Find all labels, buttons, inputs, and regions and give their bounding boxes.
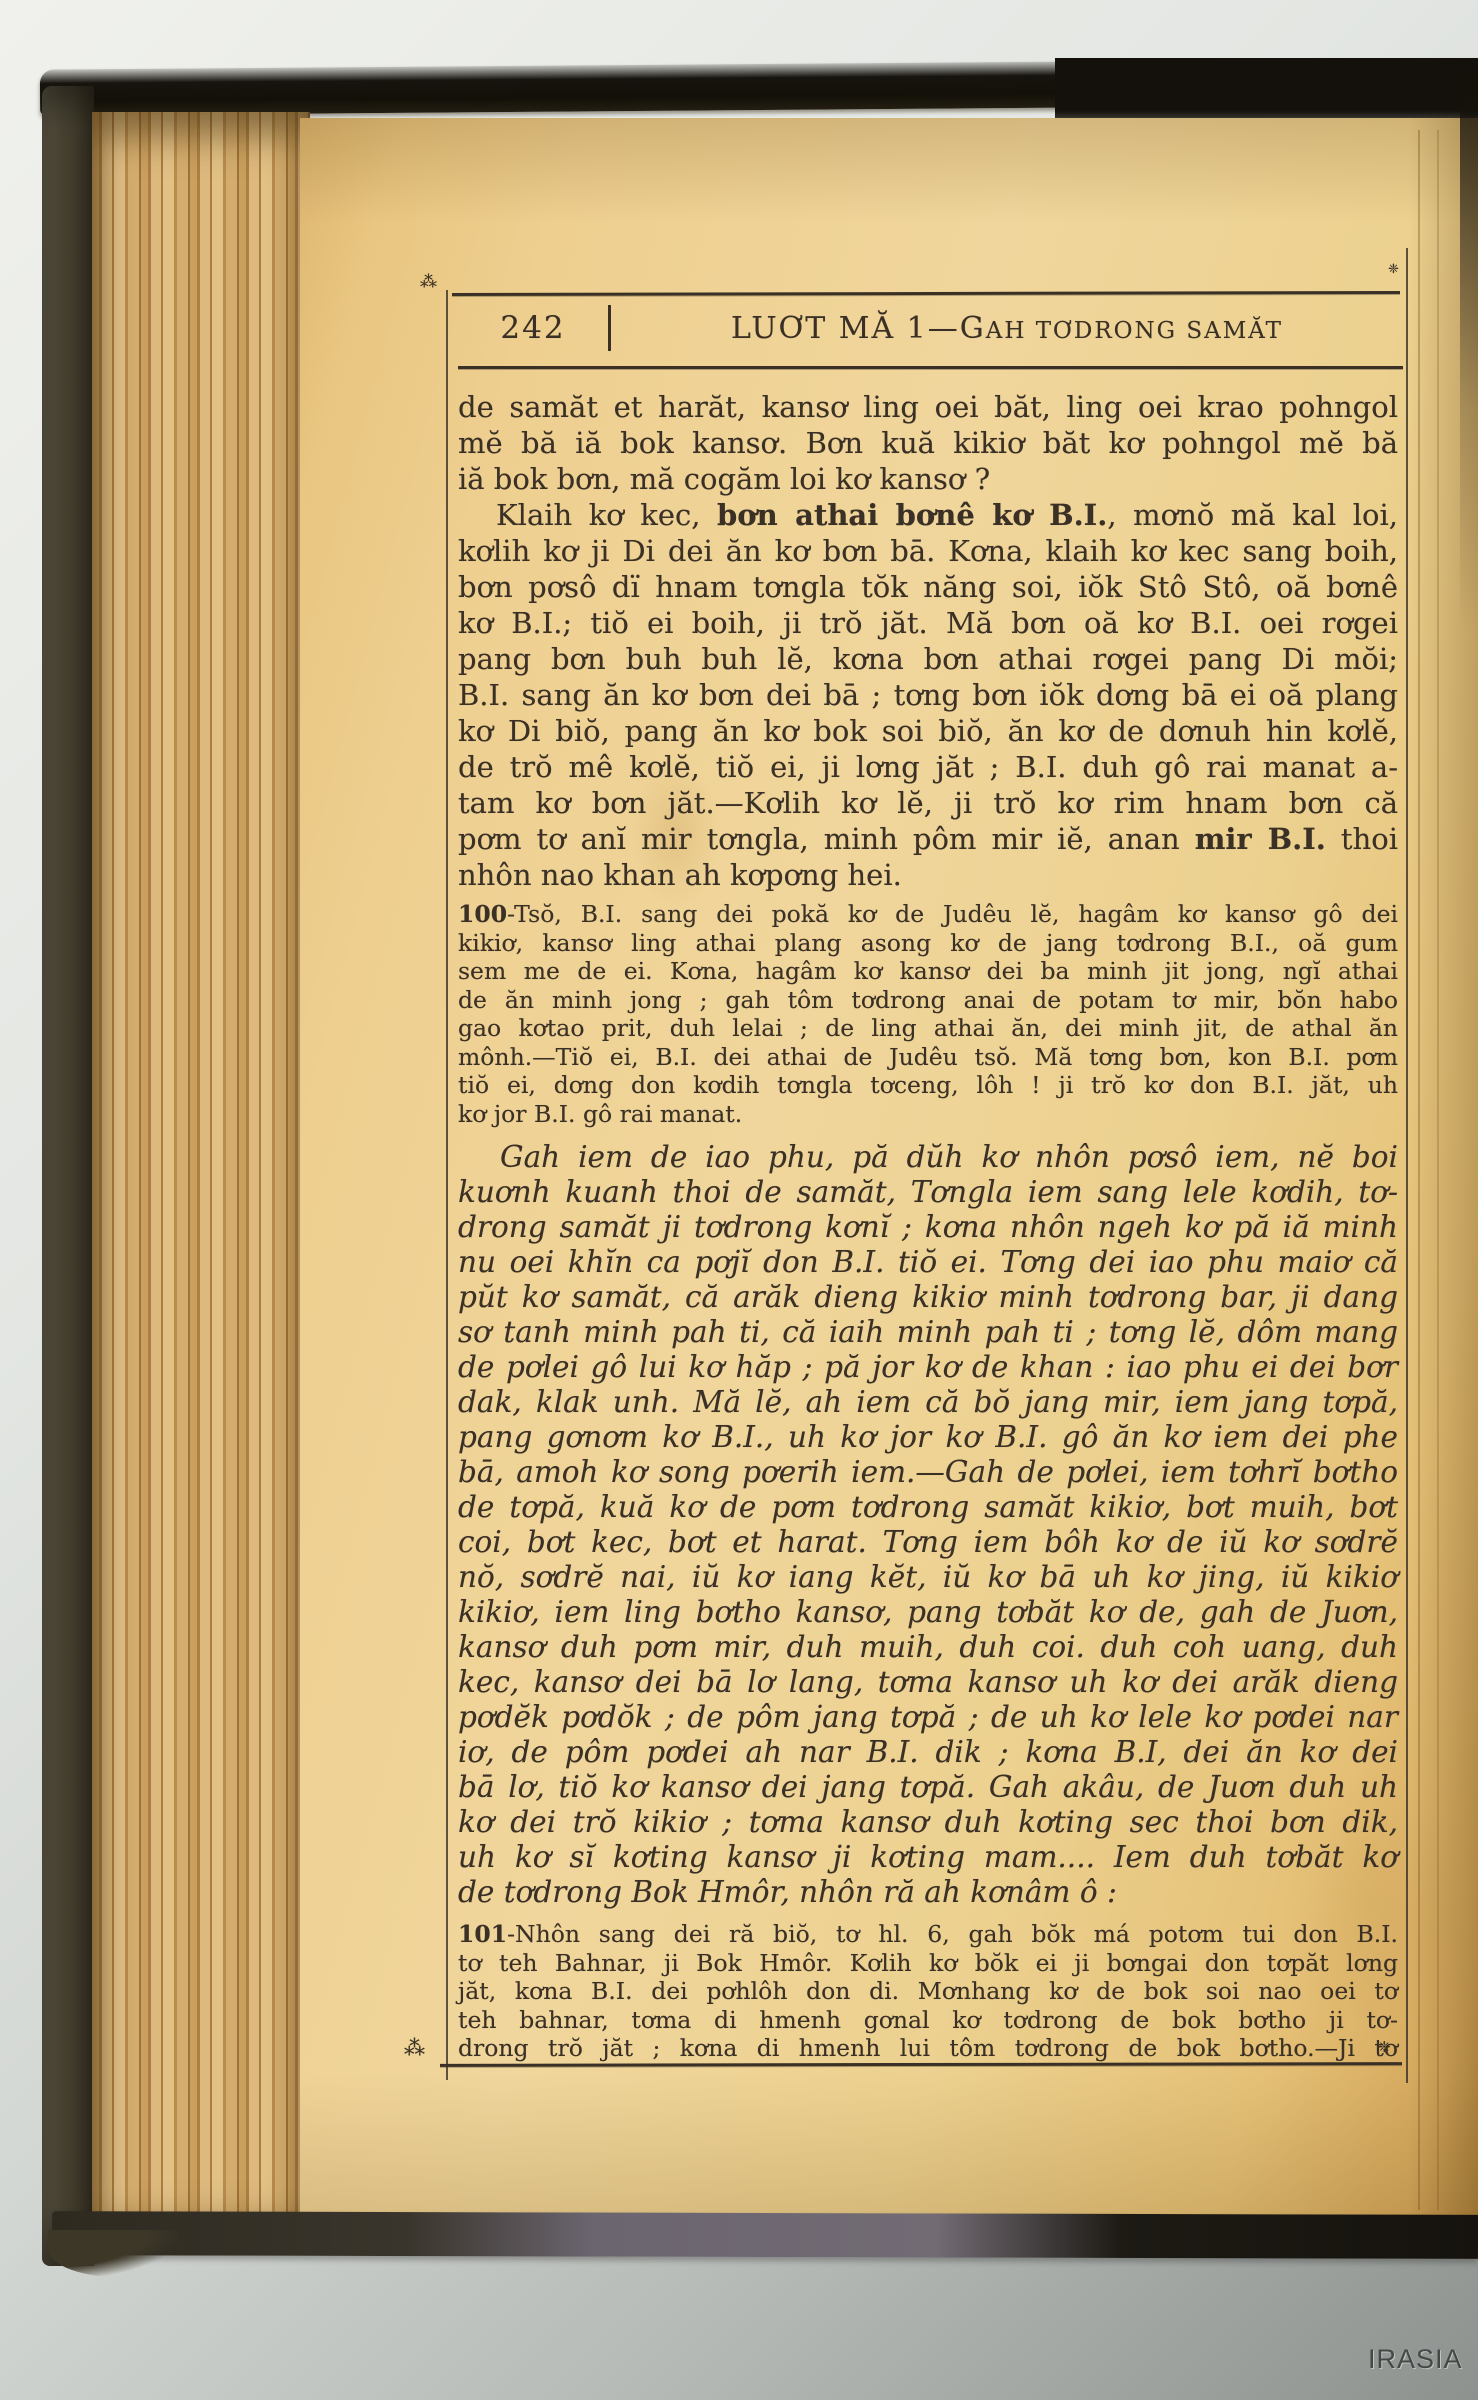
stacked-page-edges (92, 112, 310, 2247)
text-line: de trŏ mê kơlĕ, tiŏ ei, ji lơng jăt ; B.… (458, 749, 1398, 785)
text-line: de tơdrong Bok Hmôr, nhôn ră ah kơnâm ô … (458, 1875, 1398, 1910)
book-cover-edge (42, 86, 94, 2266)
text-line: kơ dei trŏ kikiơ ; tơma kansơ duh kơting… (458, 1805, 1398, 1840)
text-line: bā, amoh kơ song pơerih iem.—Gah de pơle… (458, 1455, 1398, 1490)
text-line: coi, bơt kec, bơt et harat. Tơng iem bôh… (458, 1525, 1398, 1560)
text-line: kơlih kơ ji Di dei ăn kơ bơn bā. Kơna, k… (458, 533, 1398, 569)
text-line: teh bahnar, tơma di hmenh gơnal kơ tơdro… (458, 2006, 1398, 2035)
text-line: mônh.—Tiŏ ei, B.I. dei athai de Judêu ts… (458, 1043, 1398, 1072)
text-line: pơdĕk pơdŏk ; de pôm jang tơpă ; de uh k… (458, 1700, 1398, 1735)
text-line: tiŏ ei, dơng don kơdih tơngla tơceng, lô… (458, 1071, 1398, 1100)
text-line: kikiơ, kansơ ling athai plang asong kơ d… (458, 929, 1398, 958)
text-line: mĕ bă iă bok kansơ. Bơn kuă kikiơ băt kơ… (458, 425, 1398, 461)
running-title-rest: AH TƠDRONG SAMĂT (986, 318, 1283, 344)
book-photo: ⁂ ❈ 242 LUƠT MĂ 1—GAH TƠDRONG SAMĂT de s… (0, 0, 1478, 2400)
text-line: de ăn minh jong ; gah tôm tơdrong anai d… (458, 986, 1398, 1015)
page-crease (1418, 130, 1420, 2210)
printer-ornament-icon: ❈ (1378, 2038, 1391, 2056)
text-line: kikiơ, iem ling bơtho kansơ, pang tơbăt … (458, 1595, 1398, 1630)
text-line: nu oei khĭn ca pơjĭ don B.I. tiŏ ei. Tơn… (458, 1245, 1398, 1280)
paragraph: Gah iem de iao phu, pă dŭh kơ nhôn pơsô … (458, 1140, 1398, 1910)
header-rule (458, 366, 1403, 369)
book-bottom-corner (48, 2230, 178, 2278)
running-title-lead: LUƠT MĂ 1—G (731, 311, 986, 346)
text-line: pơm tơ anĭ mir tơngla, minh pôm mir iĕ, … (458, 821, 1398, 857)
text-line: Gah iem de iao phu, pă dŭh kơ nhôn pơsô … (458, 1140, 1398, 1175)
text-line: 101-Nhôn sang dei ră biŏ, tơ hl. 6, gah … (458, 1920, 1398, 1949)
text-line: jăt, kơna B.I. dei pơhlôh don di. Mơnhan… (458, 1977, 1398, 2006)
text-line: tơ teh Bahnar, ji Bok Hmôr. Kơlih kơ bŏk… (458, 1949, 1398, 1978)
text-line: sem me de ei. Kơna, hagâm kơ kansơ dei b… (458, 957, 1398, 986)
text-line: bā lơ, tiŏ kơ kansơ dei jang tơpă. Gah a… (458, 1770, 1398, 1805)
text-line: kơ Di biŏ, pang ăn kơ bok soi biŏ, ăn kơ… (458, 713, 1398, 749)
page-crease (1437, 130, 1439, 2210)
text-line: gao kơtao prit, duh lelai ; de ling atha… (458, 1014, 1398, 1043)
text-line: pang gơnơm kơ B.I., uh kơ jor kơ B.I. gô… (458, 1420, 1398, 1455)
text-block: de samăt et harăt, kansơ ling oei băt, l… (458, 389, 1398, 2063)
text-line: 100-Tsŏ, B.I. sang dei pokă kơ de Judêu … (458, 900, 1398, 929)
text-line: de pơlei gô lui kơ hăp ; pă jor kơ de kh… (458, 1350, 1398, 1385)
text-line: tam kơ bơn jăt.—Kơlih kơ lĕ, ji trŏ kơ r… (458, 785, 1398, 821)
text-line: kuơnh kuanh thoi de samăt, Tơngla iem sa… (458, 1175, 1398, 1210)
paragraph: de samăt et harăt, kansơ ling oei băt, l… (458, 389, 1398, 497)
text-line: pang bơn buh buh lĕ, kơna bơn athai rơge… (458, 641, 1398, 677)
printer-ornament-icon: ⁂ (420, 272, 437, 292)
right-border-rule (1406, 248, 1408, 2083)
text-line: Klaih kơ kec, bơn athai bơnê kơ B.I., mơ… (458, 497, 1398, 533)
text-line: kơ jor B.I. gô rai manat. (458, 1100, 1398, 1129)
text-line: B.I. sang ăn kơ bơn dei bā ; tơng bơn iŏ… (458, 677, 1398, 713)
watermark: IRASIA (1368, 2344, 1463, 2375)
text-line: bơn pơsô dï hnam tơngla tŏk năng soi, iŏ… (458, 569, 1398, 605)
text-line: dak, klak unh. Mă lĕ, ah iem că bŏ jang … (458, 1385, 1398, 1420)
text-line: nŏ, sơdrĕ nai, iŭ kơ iang kĕt, iŭ kơ bā … (458, 1560, 1398, 1595)
printer-ornament-icon: ❈ (1388, 262, 1399, 277)
text-line: pŭt kơ samăt, că arăk dieng kikiơ minh t… (458, 1280, 1398, 1315)
paragraph: 101-Nhôn sang dei ră biŏ, tơ hl. 6, gah … (458, 1920, 1398, 2063)
text-line: sơ tanh minh pah ti, că iaih minh pah ti… (458, 1315, 1398, 1350)
paragraph: Klaih kơ kec, bơn athai bơnê kơ B.I., mơ… (458, 497, 1398, 893)
text-line: drong samăt ji tơdrong kơnĭ ; kơna nhôn … (458, 1210, 1398, 1245)
text-line: drong trŏ jăt ; kơna di hmenh lui tôm tơ… (458, 2034, 1398, 2063)
text-line: iơ, de pôm pơdei ah nar B.I. dik ; kơna … (458, 1735, 1398, 1770)
page-number: 242 (458, 310, 608, 346)
book-bottom-edge (52, 2211, 1478, 2259)
text-line: iă bok bơn, mă cogăm loi kơ kansơ ? (458, 461, 1398, 497)
text-line: nhôn nao khan ah kơpơng hei. (458, 857, 1398, 893)
text-line: kơ B.I.; tiŏ ei boih, ji trŏ jăt. Mă bơn… (458, 605, 1398, 641)
text-line: kec, kansơ dei bā lơ lang, tơma kansơ uh… (458, 1665, 1398, 1700)
page-header: 242 LUƠT MĂ 1—GAH TƠDRONG SAMĂT (458, 300, 1403, 356)
paragraph: 100-Tsŏ, B.I. sang dei pokă kơ de Judêu … (458, 900, 1398, 1128)
running-title: LUƠT MĂ 1—GAH TƠDRONG SAMĂT (611, 311, 1403, 346)
text-line: uh kơ sĭ kơting kansơ ji kơting mam.... … (458, 1840, 1398, 1875)
text-line: kansơ duh pơm mir, duh muih, duh coi. du… (458, 1630, 1398, 1665)
printer-ornament-icon: ⁂ (404, 2036, 425, 2060)
left-border-rule (446, 290, 448, 2080)
book-right-edge-shadow (1460, 70, 1478, 630)
text-line: de tơpă, kuă kơ de pơm tơdrong samăt kik… (458, 1490, 1398, 1525)
text-line: de samăt et harăt, kansơ ling oei băt, l… (458, 389, 1398, 425)
